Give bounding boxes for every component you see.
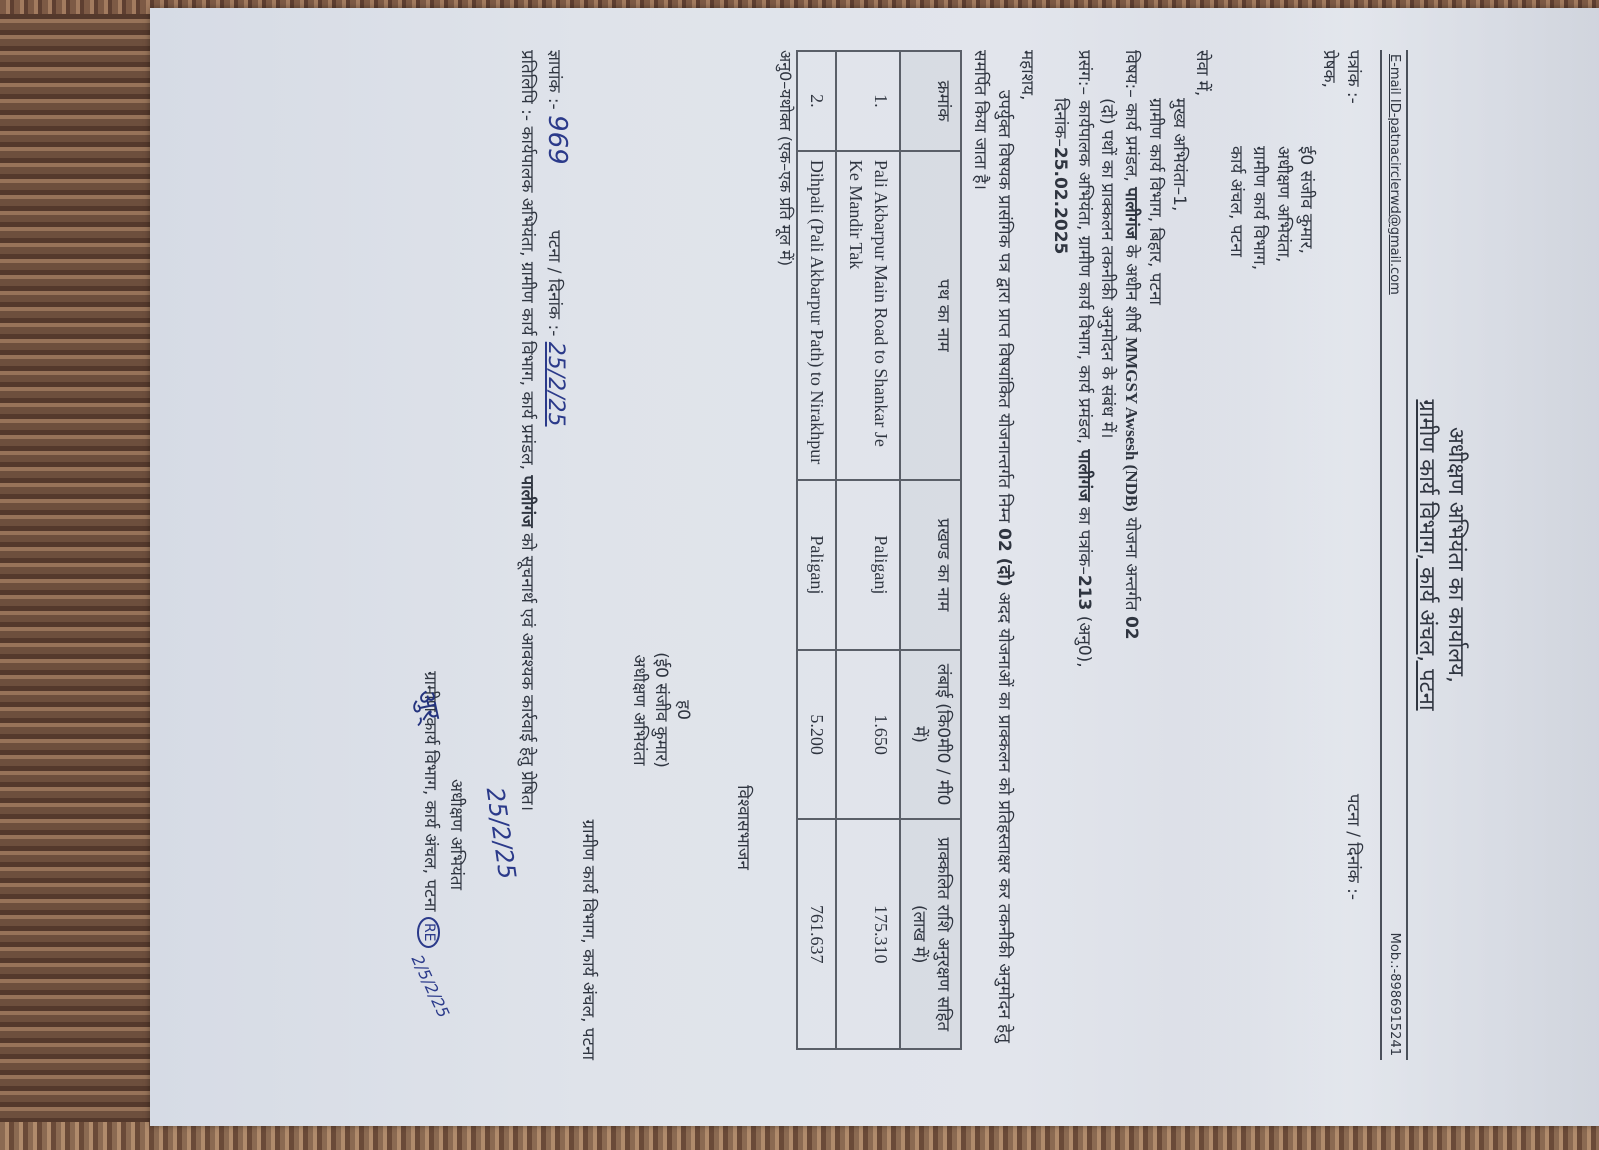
place-date-label: पटना / दिनांक :-	[1340, 794, 1363, 900]
table-row: 2. Dihpali (Pali Akbarpur Path) to Nirak…	[797, 51, 836, 1049]
sender-line: अधीक्षण अभियंता,	[1270, 50, 1293, 1060]
mobile-number: Mob.:-8986915241	[1385, 933, 1403, 1056]
letterhead: अधीक्षण अभियंता का कार्यालय, ग्रामीण कार…	[1412, 50, 1469, 1060]
header-length: लंबाई (कि0मी0 / मी0 में)	[900, 650, 961, 820]
subject-text: योजना अन्तर्गत	[1121, 517, 1141, 610]
recipient-label: सेवा में,	[1190, 50, 1213, 1060]
stamp-date: 2/5/2/25	[406, 951, 454, 1021]
header-road-name: पथ का नाम	[900, 151, 961, 480]
email-address[interactable]: E-mail ID-patnacirclerwd@gmail.com	[1385, 54, 1403, 295]
header-block-name: प्रखण्ड का नाम	[900, 480, 961, 650]
cell-amount: 761.637	[797, 819, 836, 1049]
header-sno: क्रमांक	[900, 51, 961, 151]
cell-length: 5.200	[797, 650, 836, 820]
final-sign-block: 25/2/25 अधीक्षण अभियंता ग्रामीण कार्य वि…	[355, 50, 515, 1060]
final-office: ग्रामीण कार्य विभाग, कार्य अंचल, पटना RE…	[417, 671, 441, 1020]
cell-length: 1.650	[836, 650, 900, 820]
yours-faithfully: विश्वासभाजन	[731, 785, 754, 870]
cell-road-name: Dihpali (Pali Akbarpur Path) to Nirakhpu…	[797, 151, 836, 480]
subject-scheme: MMGSY Awsesh (NDB)	[1122, 337, 1141, 512]
handwritten-stamp: RE	[417, 917, 440, 948]
cell-road-name: Pali Akbarpur Main Road to Shankar Je Ke…	[836, 151, 900, 480]
reference-date: 25.02.2025	[1050, 147, 1070, 255]
pen-signature: अुर्	[406, 687, 447, 724]
contact-bar: E-mail ID-patnacirclerwd@gmail.com Mob.:…	[1380, 50, 1408, 1060]
signatory-office: ग्रामीण कार्य विभाग, कार्य अंचल, पटना	[576, 820, 599, 1060]
reference-text: कार्यपालक अभियंता, ग्रामीण कार्य विभाग, …	[1074, 100, 1094, 444]
signatory-designation: अधीक्षण अभियंता	[628, 530, 650, 890]
subject-text: के अधीन शीर्ष	[1121, 245, 1141, 332]
cell-sno: 1.	[836, 51, 900, 151]
sender-block: प्रेषक, ई0 संजीव कुमार, अधीक्षण अभियंता,…	[1223, 50, 1340, 1060]
sender-line: कार्य अंचल, पटना	[1223, 50, 1246, 1060]
sender-line: ई0 संजीव कुमार,	[1294, 50, 1317, 1060]
subject-division: पालीगंज	[1121, 187, 1141, 239]
reference-row: पत्रांक :- पटना / दिनांक :-	[1340, 50, 1363, 1060]
final-designation: अधीक्षण अभियंता	[443, 779, 466, 890]
body-count: 02 (दो)	[994, 528, 1014, 587]
office-line-1: अधीक्षण अभियंता का कार्यालय,	[1440, 50, 1469, 1060]
subject-block: विषय:– कार्य प्रमंडल, पालीगंज के अधीन शी…	[1095, 50, 1143, 1060]
salutation: महाशय,	[1015, 50, 1038, 1060]
letter-page: अधीक्षण अभियंता का कार्यालय, ग्रामीण कार…	[115, 20, 1475, 1100]
patrank-label: पत्रांक :-	[1340, 50, 1363, 104]
signature-block: ह0 (ई0 संजीव कुमार) अधीक्षण अभियंता	[628, 530, 694, 890]
signed-mark: ह0	[672, 530, 694, 890]
signatory-name: (ई0 संजीव कुमार)	[650, 530, 672, 890]
cell-block: Paliganj	[797, 480, 836, 650]
reference-date-label: दिनांक–	[1050, 98, 1070, 147]
table-row: 1. Pali Akbarpur Main Road to Shankar Je…	[836, 51, 900, 1049]
background-carpet-edge-bottom	[0, 1122, 1599, 1150]
enclosure-note: अनु0–यथोक्त (एक–एक प्रति मूल में)	[774, 50, 796, 1060]
reference-text: (अनु0),	[1074, 616, 1094, 668]
recipient-line: मुख्य अभियंता–1,	[1166, 50, 1189, 1060]
header-amount: प्राक्कलित राशि अनुरक्षण सहित (लाख में)	[900, 819, 961, 1049]
subject-text: कार्य प्रमंडल,	[1121, 103, 1141, 182]
subject-count: 02	[1121, 616, 1141, 640]
body-paragraph: उपर्युक्त विषयक प्रासंगिक पत्र द्वारा प्…	[968, 50, 1015, 1060]
reference-letter-number: 213	[1074, 575, 1094, 611]
office-line-2: ग्रामीण कार्य विभाग, कार्य अंचल, पटना	[1412, 50, 1441, 1060]
cell-amount: 175.310	[836, 819, 900, 1049]
reference-text: का पत्रांक–	[1074, 507, 1094, 575]
reference-label: प्रसंग:–	[1074, 50, 1094, 95]
reference-division: पालीगंज	[1074, 449, 1094, 501]
subject-line-2: (दो) पथों का प्राक्कलन तकनीकी अनुमोदन के…	[1095, 50, 1118, 1060]
sender-line: ग्रामीण कार्य विभाग,	[1247, 50, 1270, 1060]
cell-block: Paliganj	[836, 480, 900, 650]
recipient-line: ग्रामीण कार्य विभाग, बिहार, पटना	[1143, 50, 1166, 1060]
cell-sno: 2.	[797, 51, 836, 151]
subject-label: विषय:–	[1121, 50, 1141, 98]
schemes-table: क्रमांक पथ का नाम प्रखण्ड का नाम लंबाई (…	[796, 50, 961, 1050]
recipient-block: सेवा में, मुख्य अभियंता–1, ग्रामीण कार्य…	[1143, 50, 1213, 1060]
closing-block: विश्वासभाजन ह0 (ई0 संजीव कुमार) अधीक्षण …	[494, 50, 774, 1060]
sender-label: प्रेषक,	[1317, 50, 1340, 1060]
body-text: उपर्युक्त विषयक प्रासंगिक पत्र द्वारा प्…	[994, 90, 1014, 523]
reference-block: प्रसंग:– कार्यपालक अभियंता, ग्रामीण कार्…	[1048, 50, 1095, 1060]
table-header-row: क्रमांक पथ का नाम प्रखण्ड का नाम लंबाई (…	[900, 51, 961, 1049]
